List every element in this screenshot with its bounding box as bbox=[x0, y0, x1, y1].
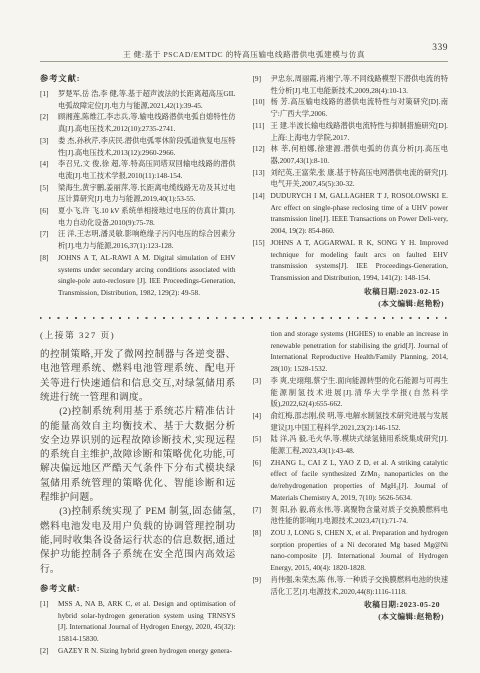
reference-item: [2]GAZEY R N. Sizing hybrid green hydrog… bbox=[40, 645, 236, 657]
page-header: 王 健:基于 PSCAD/EMTDC 的特高压输电线路潜供电弧建模与仿真 339 bbox=[40, 44, 448, 56]
reference-text: 杨 芳.高压输电线路的潜供电流特性与对策研究[D].南宁:广西大学,2006. bbox=[271, 96, 449, 119]
reference-item: [3]李 爽,史翊翔,蔡宁生.面向能源转型的化石能源与可再生能源制氢技术进展[J… bbox=[253, 375, 449, 410]
reference-text: 王 建.半波长输电线路潜供电流特性与抑制措施研究[D].上海:上海电力学院,20… bbox=[271, 120, 449, 143]
reference-item: [7]汪 洋,王志明,潘灵敏.影响绝缘子污闪电压的综合因素分析[J].电力与能源… bbox=[40, 228, 236, 251]
bottom-left-column: (上接第 327 页) 的控制策略,开发了微网控制器与各逆变器、电池管理系统、燃… bbox=[40, 328, 236, 656]
received-date: 收稿日期:2023-05-20 bbox=[253, 599, 449, 611]
reference-text: 汪 洋,王志明,潘灵敏.影响绝缘子污闪电压的综合因素分析[J].电力与能源,20… bbox=[58, 228, 236, 251]
body-paragraph: 的控制策略,开发了微网控制器与各逆变器、电池管理系统、燃料电池管理系统、配电开关… bbox=[40, 348, 236, 405]
reference-number: [11] bbox=[253, 120, 271, 143]
reference-item: [8]ZOU J, LONG S, CHEN X, et al. Prepara… bbox=[253, 527, 449, 574]
running-title: 王 健:基于 PSCAD/EMTDC 的特高压输电线路潜供电弧建模与仿真 bbox=[123, 50, 365, 59]
reference-text: tion and storage systems (HGHES) to enab… bbox=[271, 328, 449, 375]
references-heading: 参考文献: bbox=[40, 73, 236, 84]
reference-number: [4] bbox=[253, 410, 271, 433]
reference-text: 顾湘莲,陈维江,李志兵,等.输电线路潜供电弧自熄特性仿真[J].高电压技术,20… bbox=[58, 111, 236, 134]
bottom-right-column: tion and storage systems (HGHES) to enab… bbox=[253, 328, 449, 656]
reference-item: [1]MSS A, NA B, ARK C, et al. Design and… bbox=[40, 598, 236, 645]
reference-text: 贺 阳,孙 毅,蒋永伟,等.离聚物含量对质子交换膜燃料电池性能的影响[J].电源… bbox=[271, 504, 449, 527]
top-left-column: 参考文献: [1]罗楚军,岳 浩,李 健,等.基于超声波法的长距离超高压GIL电… bbox=[40, 73, 236, 310]
continued-from-note: (上接第 327 页) bbox=[40, 328, 236, 341]
reference-text: 刘纪英,王富荣,张 康.基于特高压电网潜供电流的研究[J].电气开关,2007,… bbox=[271, 167, 449, 190]
body-paragraph: (3)控制系统实现了 PEM 制氢,固态储氢,燃料电池发电及用户负载的协调管理控… bbox=[40, 505, 236, 576]
reference-text: 俞红梅,邵志刚,侯 明,等.电解水制氢技术研究进展与发展建议[J].中国工程科学… bbox=[271, 410, 449, 433]
reference-item: [4]俞红梅,邵志刚,侯 明,等.电解水制氢技术研究进展与发展建议[J].中国工… bbox=[253, 410, 449, 433]
reference-number: [6] bbox=[253, 457, 271, 504]
reference-number: [13] bbox=[253, 167, 271, 190]
reference-number: [7] bbox=[253, 504, 271, 527]
reference-text: JOHNS A T, AL-RAWI A M. Digital simulati… bbox=[58, 252, 236, 299]
editor-note: (本文编辑:赵艳粉) bbox=[253, 611, 449, 623]
reference-item: [4]李召兄,文 俊,徐 超,等.特高压同塔双回输电线路的潜供电流[J].电工技… bbox=[40, 158, 236, 181]
reference-number: [6] bbox=[40, 205, 58, 228]
page-number: 339 bbox=[432, 43, 448, 53]
reference-text: 肖伟强,朱荣杰,陈 伟,等.一种质子交换膜燃料电池的快速活化工艺[J].电源技术… bbox=[271, 574, 449, 597]
section-separator bbox=[40, 317, 448, 319]
reference-item: [1]罗楚军,岳 浩,李 健,等.基于超声波法的长距离超高压GIL电弧故障定位[… bbox=[40, 88, 236, 111]
reference-number: [8] bbox=[253, 527, 271, 574]
body-paragraph: (2)控制系统利用基于系统芯片精准估计的能量高效自主均衡技术、基于大数据分析安全… bbox=[40, 405, 236, 505]
received-date: 收稿日期:2023-02-15 bbox=[253, 286, 449, 298]
reference-item: [10]杨 芳.高压输电线路的潜供电流特性与对策研究[D].南宁:广西大学,20… bbox=[253, 96, 449, 119]
reference-item: [11]王 建.半波长输电线路潜供电流特性与抑制措施研究[D].上海:上海电力学… bbox=[253, 120, 449, 143]
reference-number: [4] bbox=[40, 158, 58, 181]
editor-note: (本文编辑:赵艳粉) bbox=[253, 298, 449, 310]
reference-text: ZHANG L, CAI Z L, YAO Z D, et al. A stri… bbox=[271, 457, 449, 504]
reference-number: [3] bbox=[40, 135, 58, 158]
journal-page: 王 健:基于 PSCAD/EMTDC 的特高压输电线路潜供电弧建模与仿真 339… bbox=[0, 0, 480, 673]
reference-text: MSS A, NA B, ARK C, et al. Design and op… bbox=[58, 598, 236, 645]
reference-text: 夏小飞,许 飞.10 kV 系统单相接地过电压的仿真计算[J].电力自动化设备,… bbox=[58, 205, 236, 228]
reference-item: [3]娄 杰,孙秋芹,李庆民.潜供电弧零休阶段弧道恢复电压特性[J].高电压技术… bbox=[40, 135, 236, 158]
reference-number: [5] bbox=[40, 182, 58, 205]
reference-text: 尹忠东,周丽霞,肖湘宁,等.不同线路模型下潜供电流的特性分析[J].电工电能新技… bbox=[271, 73, 449, 96]
reference-number: [10] bbox=[253, 96, 271, 119]
reference-number bbox=[253, 328, 271, 375]
reference-item: [15]JOHNS A T, AGGARWAL R K, SONG Y H. I… bbox=[253, 237, 449, 284]
reference-number: [2] bbox=[40, 111, 58, 134]
reference-text: 李 爽,史翊翔,蔡宁生.面向能源转型的化石能源与可再生能源制氢技术进展[J].清… bbox=[271, 375, 449, 410]
reference-text: 陆 洋,冯 毅,毛火华,等.模块式绿氢储用系统集成研究[J].能源工程,2023… bbox=[271, 433, 449, 456]
reference-text: 李召兄,文 俊,徐 超,等.特高压同塔双回输电线路的潜供电流[J].电工技术学报… bbox=[58, 158, 236, 181]
reference-item: [2]顾湘莲,陈维江,李志兵,等.输电线路潜供电弧自熄特性仿真[J].高电压技术… bbox=[40, 111, 236, 134]
top-references-section: 参考文献: [1]罗楚军,岳 浩,李 健,等.基于超声波法的长距离超高压GIL电… bbox=[40, 73, 448, 310]
reference-number: [5] bbox=[253, 433, 271, 456]
reference-number: [7] bbox=[40, 228, 58, 251]
reference-number: [2] bbox=[40, 645, 58, 657]
reference-item: [9]尹忠东,周丽霞,肖湘宁,等.不同线路模型下潜供电流的特性分析[J].电工电… bbox=[253, 73, 449, 96]
reference-number: [1] bbox=[40, 598, 58, 645]
reference-item: [5]陆 洋,冯 毅,毛火华,等.模块式绿氢储用系统集成研究[J].能源工程,2… bbox=[253, 433, 449, 456]
reference-item: [6]夏小飞,许 飞.10 kV 系统单相接地过电压的仿真计算[J].电力自动化… bbox=[40, 205, 236, 228]
reference-item: [14]DUDURYCH I M, GALLAGHER T J, ROSOLOW… bbox=[253, 190, 449, 237]
reference-item-continuation: tion and storage systems (HGHES) to enab… bbox=[253, 328, 449, 375]
top-right-column: [9]尹忠东,周丽霞,肖湘宁,等.不同线路模型下潜供电流的特性分析[J].电工电… bbox=[253, 73, 449, 310]
reference-number: [12] bbox=[253, 143, 271, 166]
reference-text: JOHNS A T, AGGARWAL R K, SONG Y H. Impro… bbox=[271, 237, 449, 284]
reference-text: ZOU J, LONG S, CHEN X, et al. Preparatio… bbox=[271, 527, 449, 574]
reference-number: [15] bbox=[253, 237, 271, 284]
reference-text: DUDURYCH I M, GALLAGHER T J, ROSOLOWSKI … bbox=[271, 190, 449, 237]
reference-item: [6]ZHANG L, CAI Z L, YAO Z D, et al. A s… bbox=[253, 457, 449, 504]
reference-text: 娄 杰,孙秋芹,李庆民.潜供电弧零休阶段弧道恢复电压特性[J].高电压技术,20… bbox=[58, 135, 236, 158]
reference-item: [9]肖伟强,朱荣杰,陈 伟,等.一种质子交换膜燃料电池的快速活化工艺[J].电… bbox=[253, 574, 449, 597]
header-rule bbox=[40, 61, 448, 62]
reference-item: [7]贺 阳,孙 毅,蒋永伟,等.离聚物含量对质子交换膜燃料电池性能的影响[J]… bbox=[253, 504, 449, 527]
references-heading: 参考文献: bbox=[40, 583, 236, 594]
reference-number: [8] bbox=[40, 252, 58, 299]
reference-text: 梁海生,黄宇鹏,姜丽萍,等.长距离电缆线路无功及其过电压计算研究[J].电力与能… bbox=[58, 182, 236, 205]
reference-text: 林 莘,何柏娜,徐建源.潜供电弧的仿真分析[J].高压电器,2007,43(1)… bbox=[271, 143, 449, 166]
reference-text: GAZEY R N. Sizing hybrid green hydrogen … bbox=[58, 645, 236, 657]
reference-number: [3] bbox=[253, 375, 271, 410]
reference-number: [14] bbox=[253, 190, 271, 237]
reference-item: [12]林 莘,何柏娜,徐建源.潜供电弧的仿真分析[J].高压电器,2007,4… bbox=[253, 143, 449, 166]
reference-item: [13]刘纪英,王富荣,张 康.基于特高压电网潜供电流的研究[J].电气开关,2… bbox=[253, 167, 449, 190]
reference-number: [1] bbox=[40, 88, 58, 111]
reference-number: [9] bbox=[253, 73, 271, 96]
reference-item: [8]JOHNS A T, AL-RAWI A M. Digital simul… bbox=[40, 252, 236, 299]
continued-article-section: (上接第 327 页) 的控制策略,开发了微网控制器与各逆变器、电池管理系统、燃… bbox=[40, 328, 448, 656]
reference-text: 罗楚军,岳 浩,李 健,等.基于超声波法的长距离超高压GIL电弧故障定位[J].… bbox=[58, 88, 236, 111]
reference-item: [5]梁海生,黄宇鹏,姜丽萍,等.长距离电缆线路无功及其过电压计算研究[J].电… bbox=[40, 182, 236, 205]
reference-number: [9] bbox=[253, 574, 271, 597]
